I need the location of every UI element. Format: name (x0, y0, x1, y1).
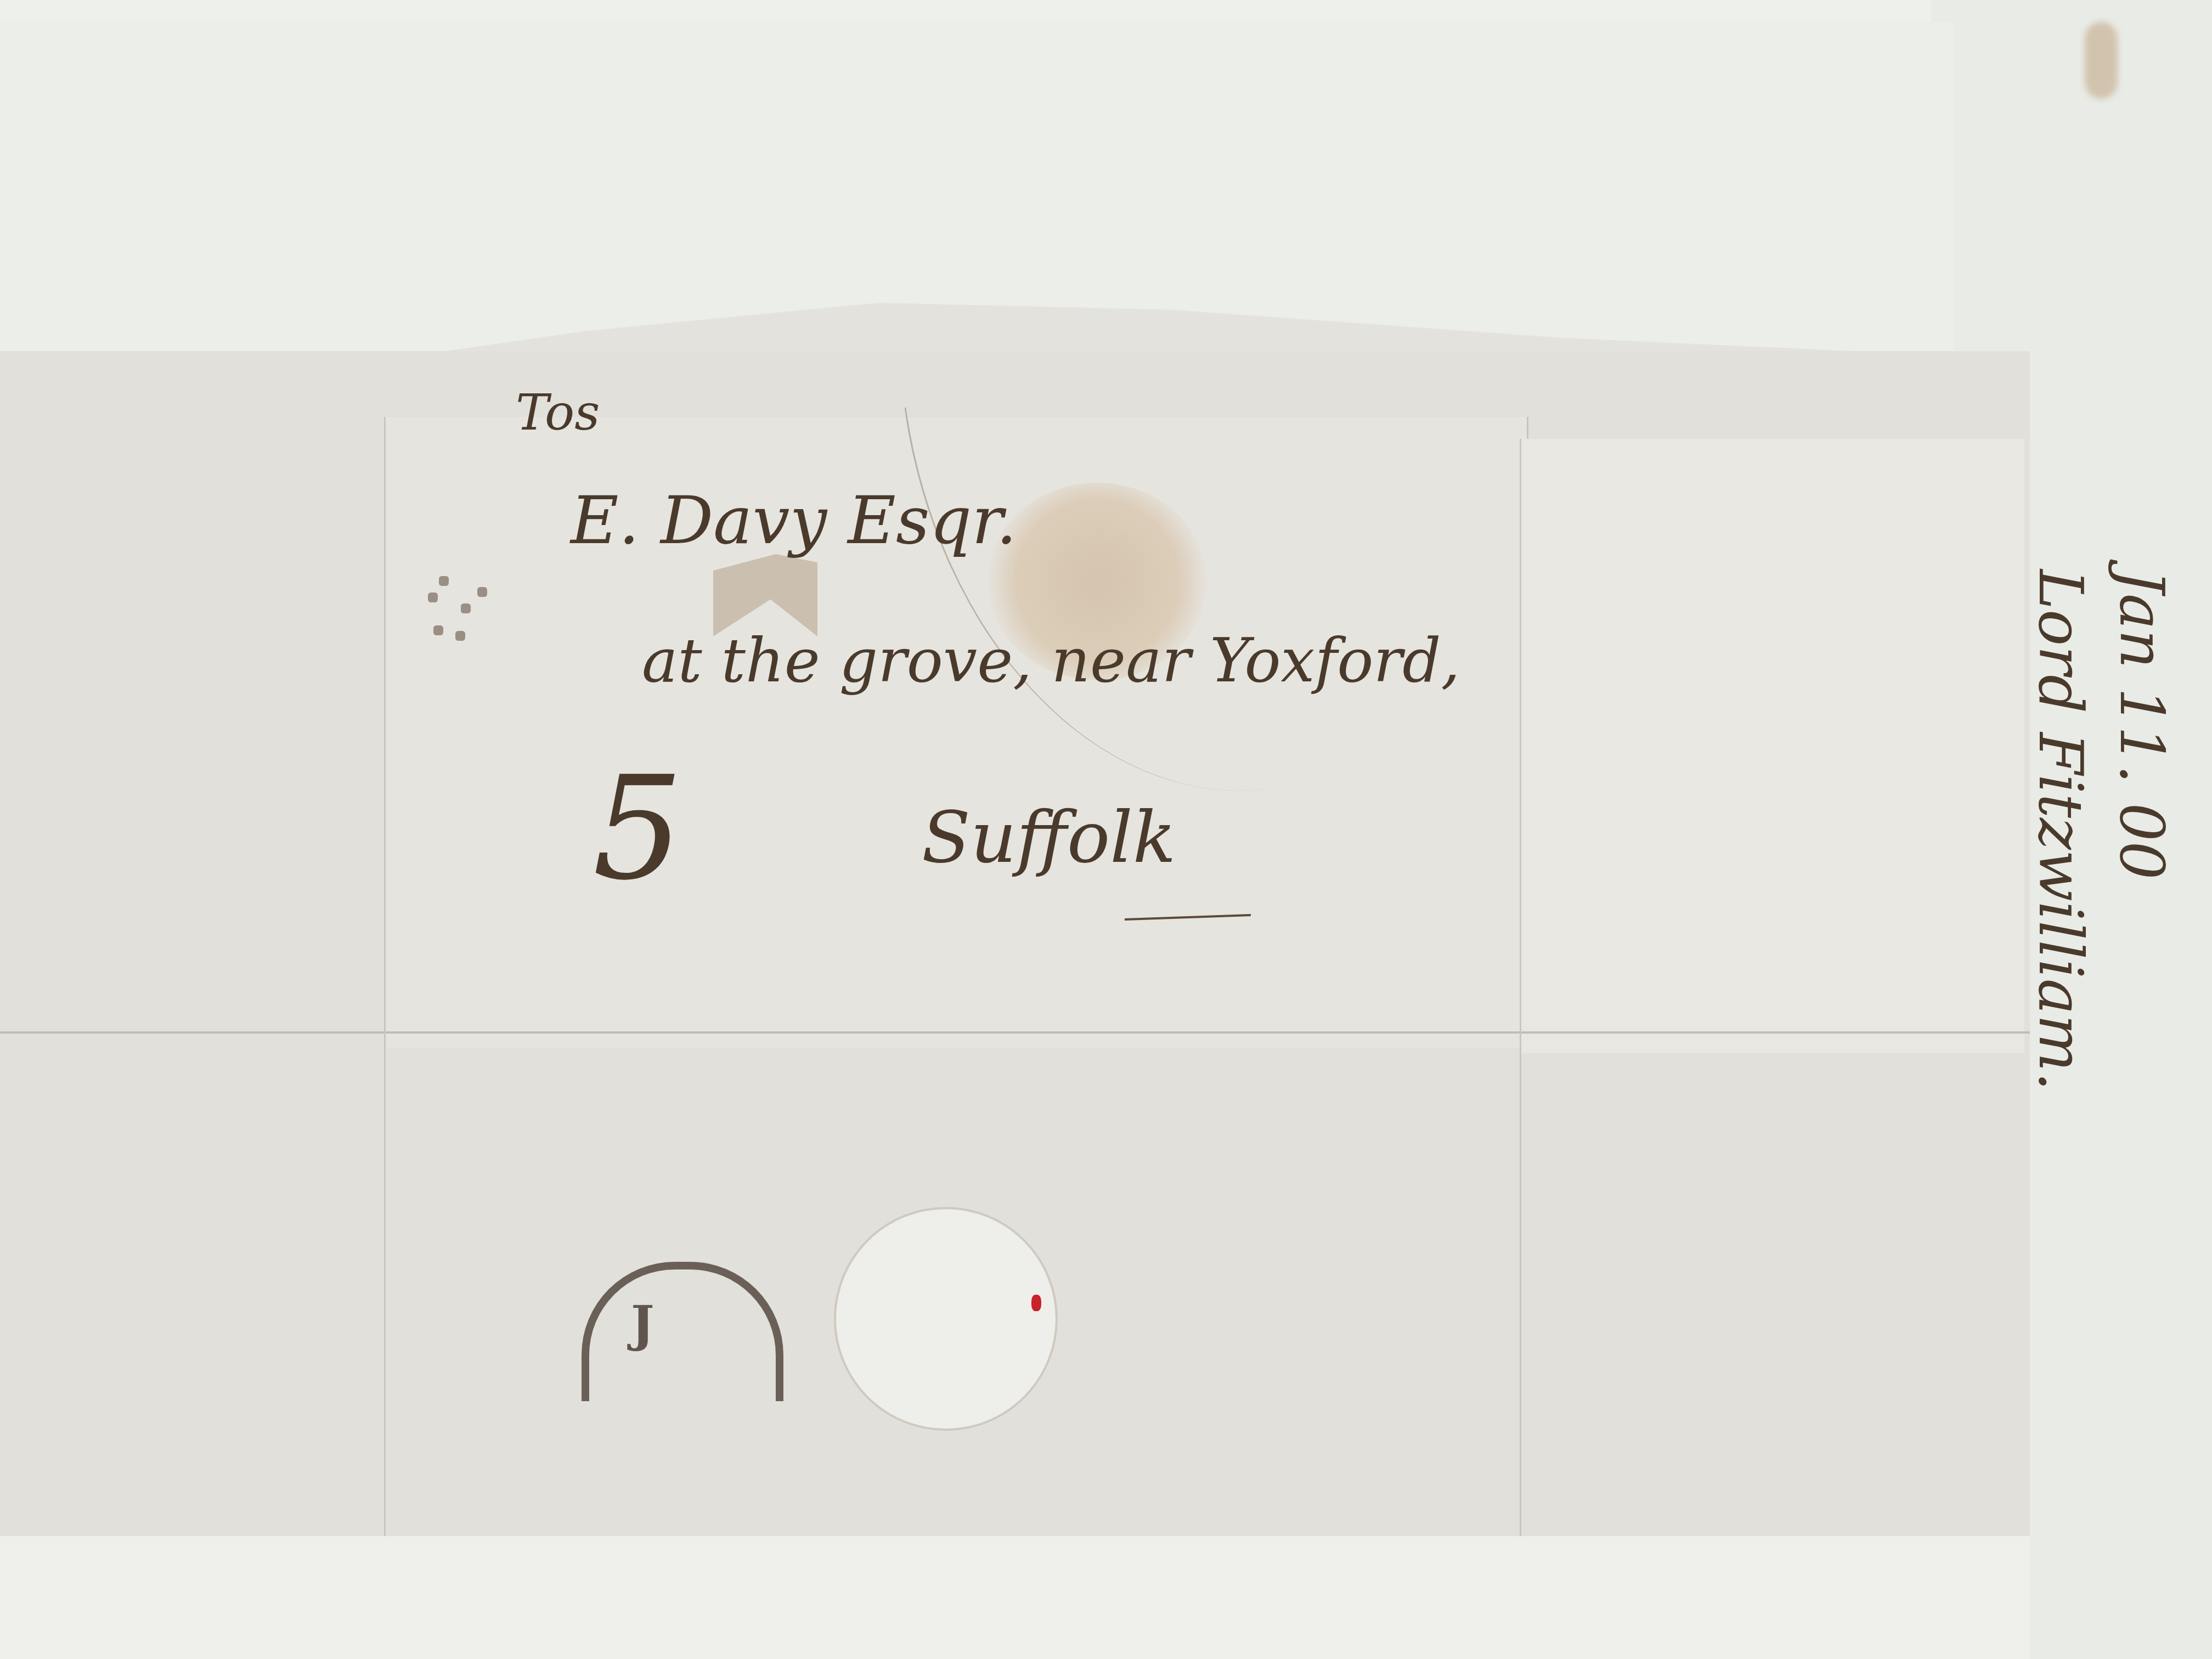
docket-note: Jan 11. 00 Lord Fitzwilliam. (2025, 569, 2177, 1063)
water-stain (2085, 22, 2118, 99)
wax-seal-remnant (834, 1207, 1058, 1431)
postmark-text: J (631, 1295, 654, 1353)
docket-sender: Lord Fitzwilliam. (2025, 569, 2096, 1063)
docket-date: Jan 11. 00 (2107, 569, 2177, 1063)
top-flap (0, 22, 1953, 373)
docket-panel (1520, 439, 2024, 1053)
fold-line-left (384, 417, 386, 1542)
postage-rate: 5 (592, 746, 683, 912)
addressee-name: E. Davy Esqr. (571, 483, 1017, 559)
to-label: Tos (516, 384, 600, 442)
fold-line-right (1520, 439, 1521, 1542)
county: Suffolk (922, 795, 1176, 879)
fold-line-horizontal (0, 1031, 2030, 1034)
ink-smudge (417, 565, 499, 653)
address-line: at the grove, near Yoxford, (642, 625, 1460, 696)
red-wax-fleck (1031, 1295, 1041, 1311)
sheet-bottom-edge (0, 1536, 2030, 1659)
